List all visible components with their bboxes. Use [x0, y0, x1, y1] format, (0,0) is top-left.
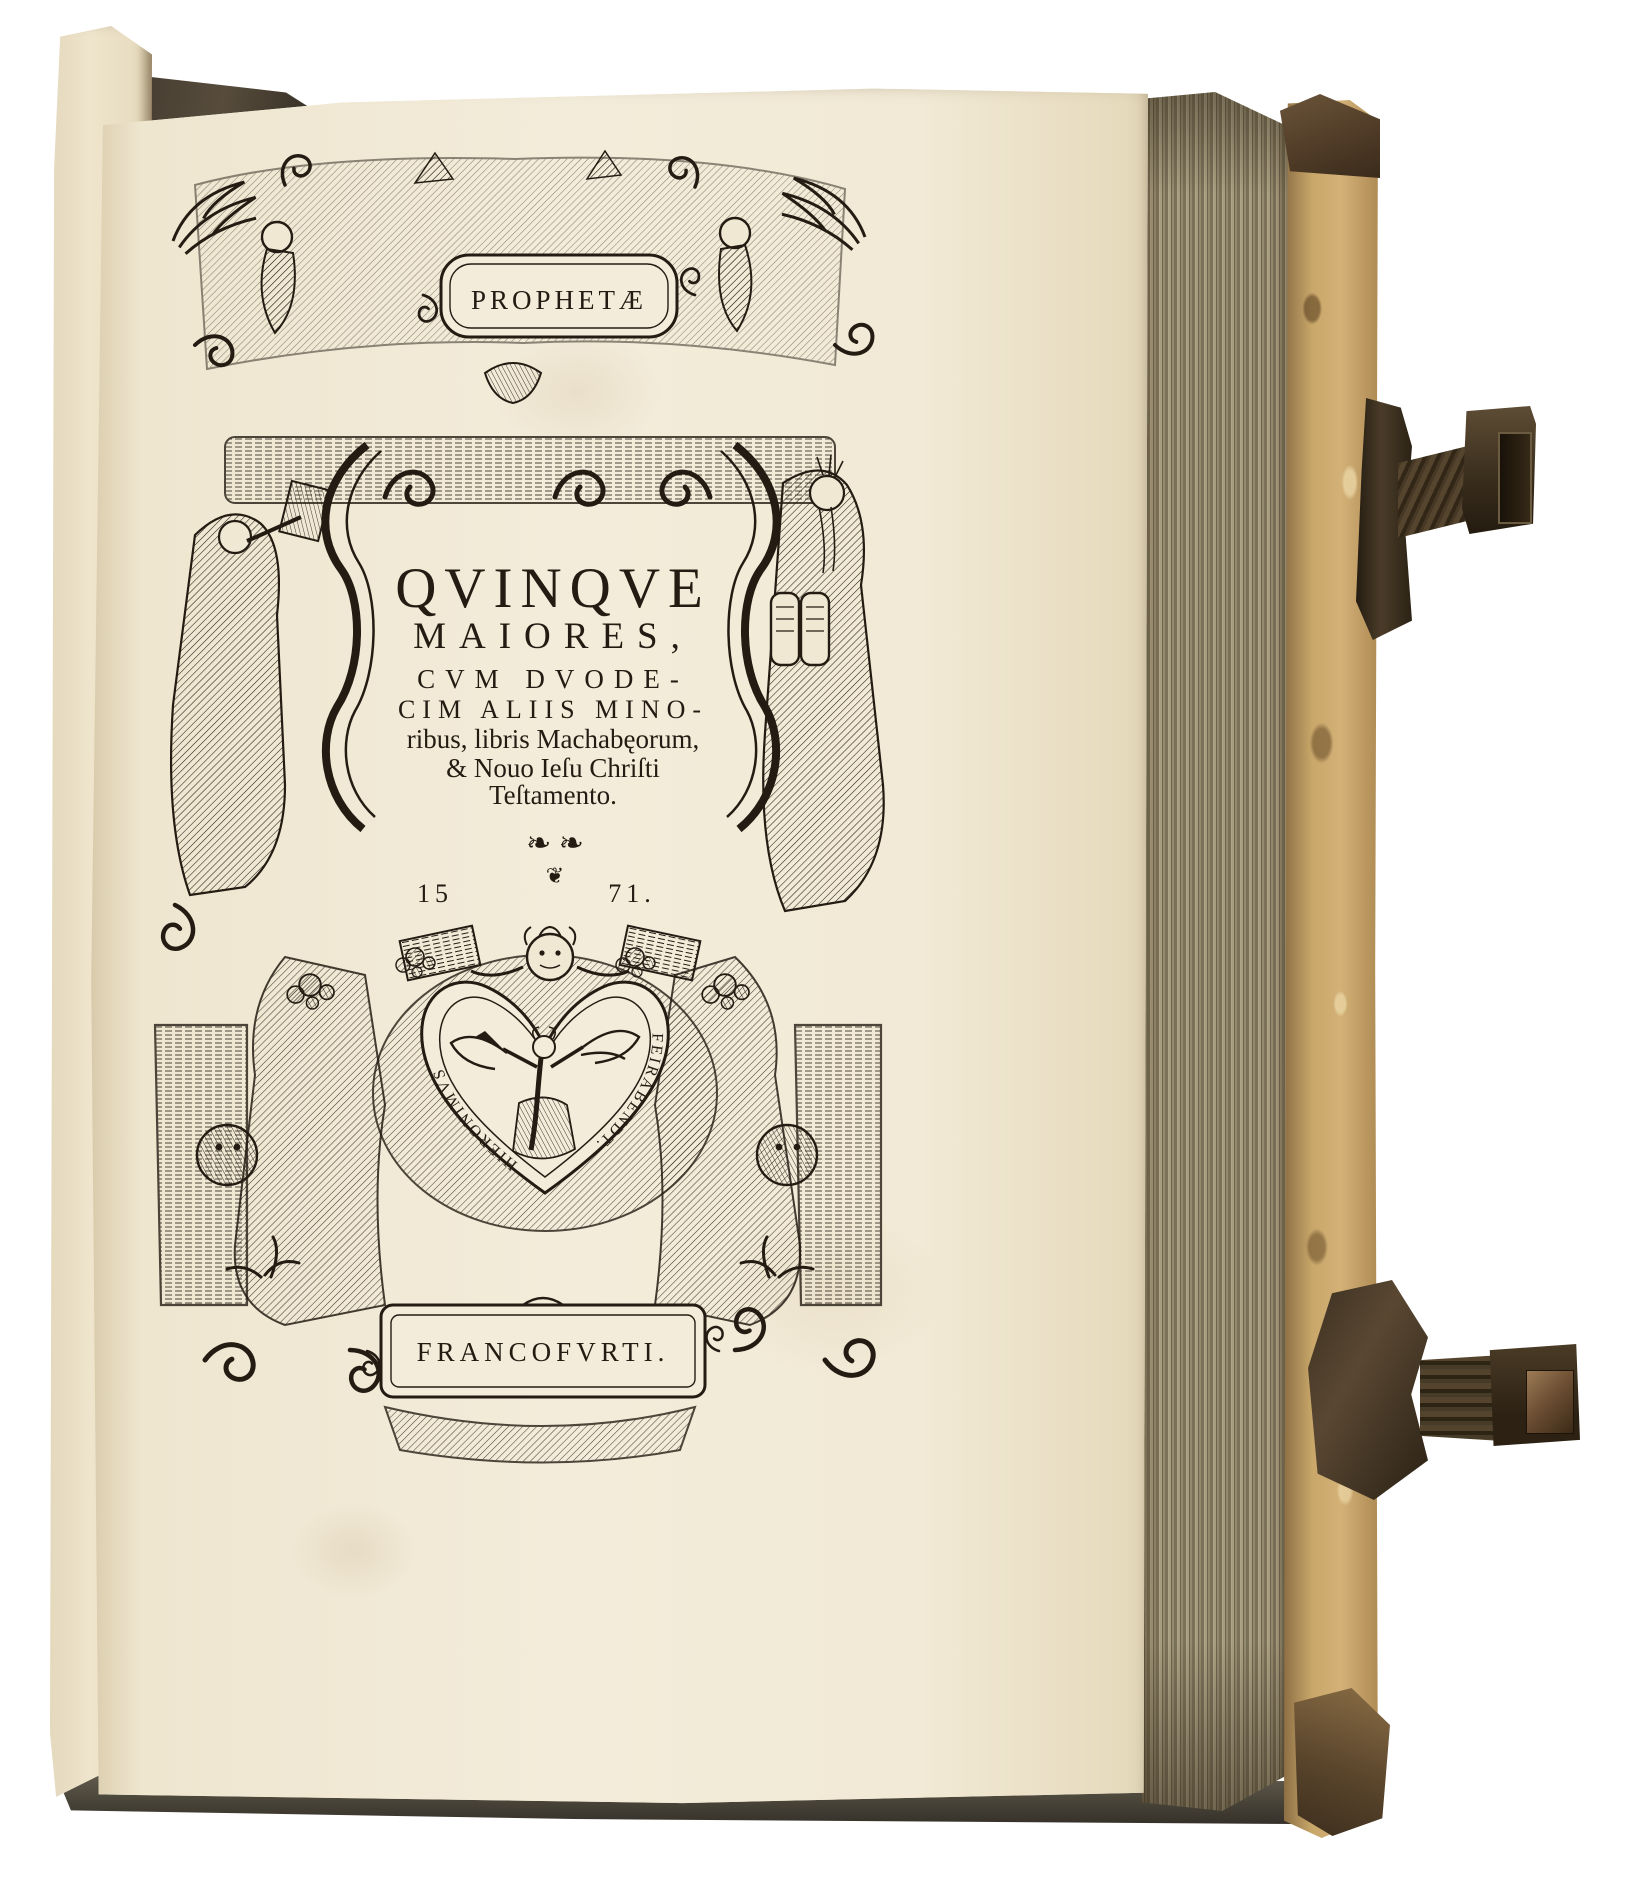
title-line-6: & Nouo Ieſu Chriſti [446, 753, 660, 783]
text-block-fore-edge [1142, 92, 1288, 1816]
title-line-5: ribus, libris Machabęorum, [407, 724, 699, 754]
woodcut-border: PROPHETÆ QVINQVE MAIORES, CVM DVODE- CIM… [135, 145, 910, 1465]
imprint-label: FRANCOFVRTI. [417, 1337, 670, 1367]
top-clasp-slot [1498, 432, 1532, 524]
cover-top-corner [1280, 94, 1380, 178]
moses-right-figure [763, 455, 883, 911]
printer-device: HIERONIMVS FEIRABENDT. [373, 926, 717, 1231]
title-line-1: QVINQVE [395, 557, 711, 620]
imprint-cartouche: FRANCOFVRTI. [363, 1298, 722, 1397]
title-line-4: CIM ALIIS MINO- [398, 695, 708, 724]
header-cartouche: PROPHETÆ [419, 255, 699, 337]
title-line-3: CVM DVODE- [417, 664, 689, 694]
bottom-clasp-strap [1420, 1355, 1502, 1441]
book-photo: PROPHETÆ QVINQVE MAIORES, CVM DVODE- CIM… [0, 0, 1641, 1890]
date-left: 15 [417, 879, 453, 908]
title-line-7: Teſtamento. [489, 780, 617, 810]
cherub-head [527, 934, 573, 980]
header-cartouche-label: PROPHETÆ [471, 285, 647, 315]
bottom-clasp-catch [1526, 1370, 1574, 1434]
fleuron-ornament: ❧ ❧ [526, 827, 584, 860]
pendant-ornament: ❦ [546, 863, 564, 888]
title-text-block: QVINQVE MAIORES, CVM DVODE- CIM ALIIS MI… [395, 557, 711, 908]
date-right: 71. [608, 879, 656, 908]
vellum-cover-edge [1284, 100, 1378, 1838]
title-line-2: MAIORES, [413, 616, 693, 657]
bottom-clasp-anchor [1308, 1280, 1428, 1500]
prophet-left-figure [161, 481, 331, 952]
